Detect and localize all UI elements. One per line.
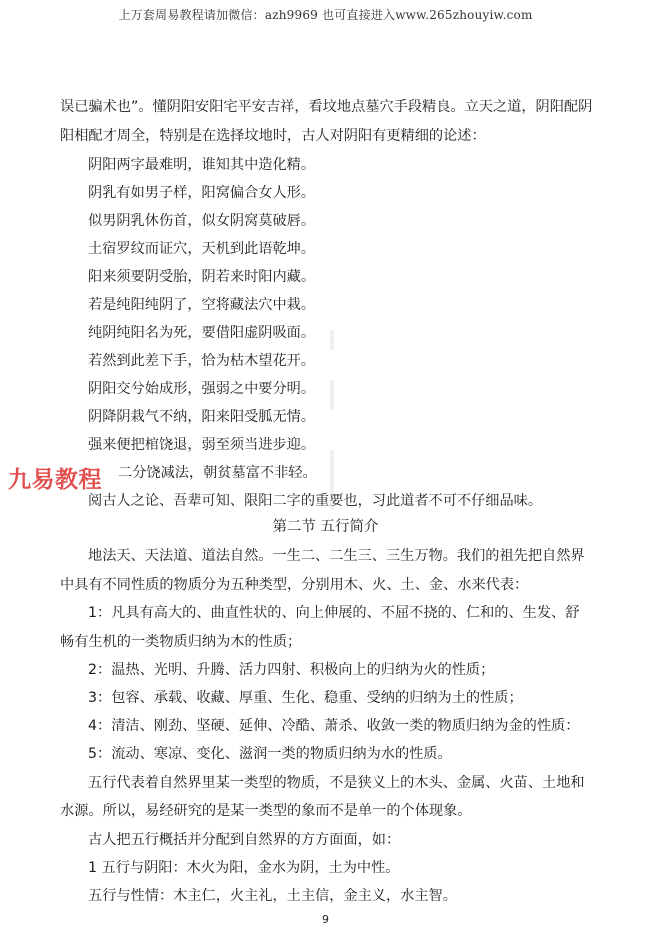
section-para2-line2: 水源。所以，易经研究的是某一类型的象而不是单一的个体现象。 bbox=[60, 802, 471, 820]
section-para3: 古人把五行概括并分配到自然界的方方面面，如： bbox=[88, 831, 400, 849]
element-item-5: 5：流动、寒凉、变化、滋润一类的物质归纳为水的性质。 bbox=[88, 745, 452, 763]
verse-line: 阴降阴栽气不纳，阳来阳受胍无情。 bbox=[88, 408, 315, 426]
page-number: 9 bbox=[0, 913, 651, 926]
section-point-1: 1 五行与阴阳：木火为阳，金水为阴，土为中性。 bbox=[88, 859, 399, 877]
element-item-2: 2：温热、光明、升腾、活力四射、积极向上的归纳为火的性质； bbox=[88, 661, 494, 679]
section-point-2: 五行与性情：木主仁，火主礼，土主信，金主义，水主智。 bbox=[88, 887, 457, 905]
element-item-1-line1: 1：凡具有高大的、曲直性状的、向上伸展的、不屈不挠的、仁和的、生发、舒 bbox=[88, 604, 579, 622]
element-item-4: 4：清洁、刚劲、坚硬、延伸、冷酷、萧杀、收敛一类的物质归纳为金的性质： bbox=[88, 717, 579, 735]
verse-line: 若是纯阳纯阴了，空将藏法穴中栽。 bbox=[88, 296, 315, 314]
intro-line-2: 阳相配才周全，特别是在选择坟地时，古人对阴阳有更精细的论述： bbox=[60, 127, 486, 145]
scan-artifact bbox=[330, 330, 334, 350]
verse-line: 强来便把棺饶退，弱至须当进步迎。 bbox=[88, 436, 315, 454]
section-para1-line1: 地法天、天法道、道法自然。一生二、二生三、三生万物。我们的祖先把自然界 bbox=[88, 547, 585, 565]
verse-line: 阴阳两字最难明，谁知其中造化精。 bbox=[88, 156, 315, 174]
verse-line: 二分饶减法，朝贫墓富不非轻。 bbox=[118, 464, 317, 482]
verse-line: 阴乳有如男子样，阳窝偏合女人形。 bbox=[88, 184, 315, 202]
element-item-3: 3：包容、承载、收藏、厚重、生化、稳重、受纳的归纳为土的性质； bbox=[88, 689, 523, 707]
section-title: 第二节 五行简介 bbox=[0, 518, 651, 536]
verse-line: 阴阳交兮始成形，强弱之中要分明。 bbox=[88, 380, 315, 398]
element-item-1-line2: 畅有生机的一类物质归纳为木的性质； bbox=[60, 633, 301, 651]
document-page: 上万套周易教程请加微信：azh9969 也可直接进入www.265zhouyiw… bbox=[0, 0, 651, 952]
section-para2-line1: 五行代表着自然界里某一类型的物质，不是狭义上的木头、金属、火苗、土地和 bbox=[88, 774, 585, 792]
scan-artifact bbox=[330, 380, 334, 410]
header-banner: 上万套周易教程请加微信：azh9969 也可直接进入www.265zhouyiw… bbox=[0, 6, 651, 23]
verse-line: 纯阴纯阳名为死，要借阳虚阴吸面。 bbox=[88, 324, 315, 342]
verse-line: 似男阴乳休伤首，似女阴窝莫破唇。 bbox=[88, 212, 315, 230]
verse-line: 若然到此差下手，恰为枯木望花开。 bbox=[88, 352, 315, 370]
verse-line: 阳来须要阴受胎，阴若来时阳内藏。 bbox=[88, 268, 315, 286]
section-para1-line2: 中具有不同性质的物质分为五种类型，分别用木、火、土、金、水来代表： bbox=[60, 576, 528, 594]
verse-line: 土宿罗纹而证穴，天机到此语乾坤。 bbox=[88, 240, 315, 258]
watermark-logo: 九易教程 bbox=[8, 461, 102, 494]
intro-line-1: 误已骗术也”。懂阴阳安阳宅平安吉祥，看坟地点墓穴手段精良。立天之道，阴阳配阴 bbox=[60, 98, 592, 116]
closing-line: 阅古人之论、吾辈可知、限阳二字的重要也，习此道者不可不仔细品味。 bbox=[88, 492, 542, 510]
